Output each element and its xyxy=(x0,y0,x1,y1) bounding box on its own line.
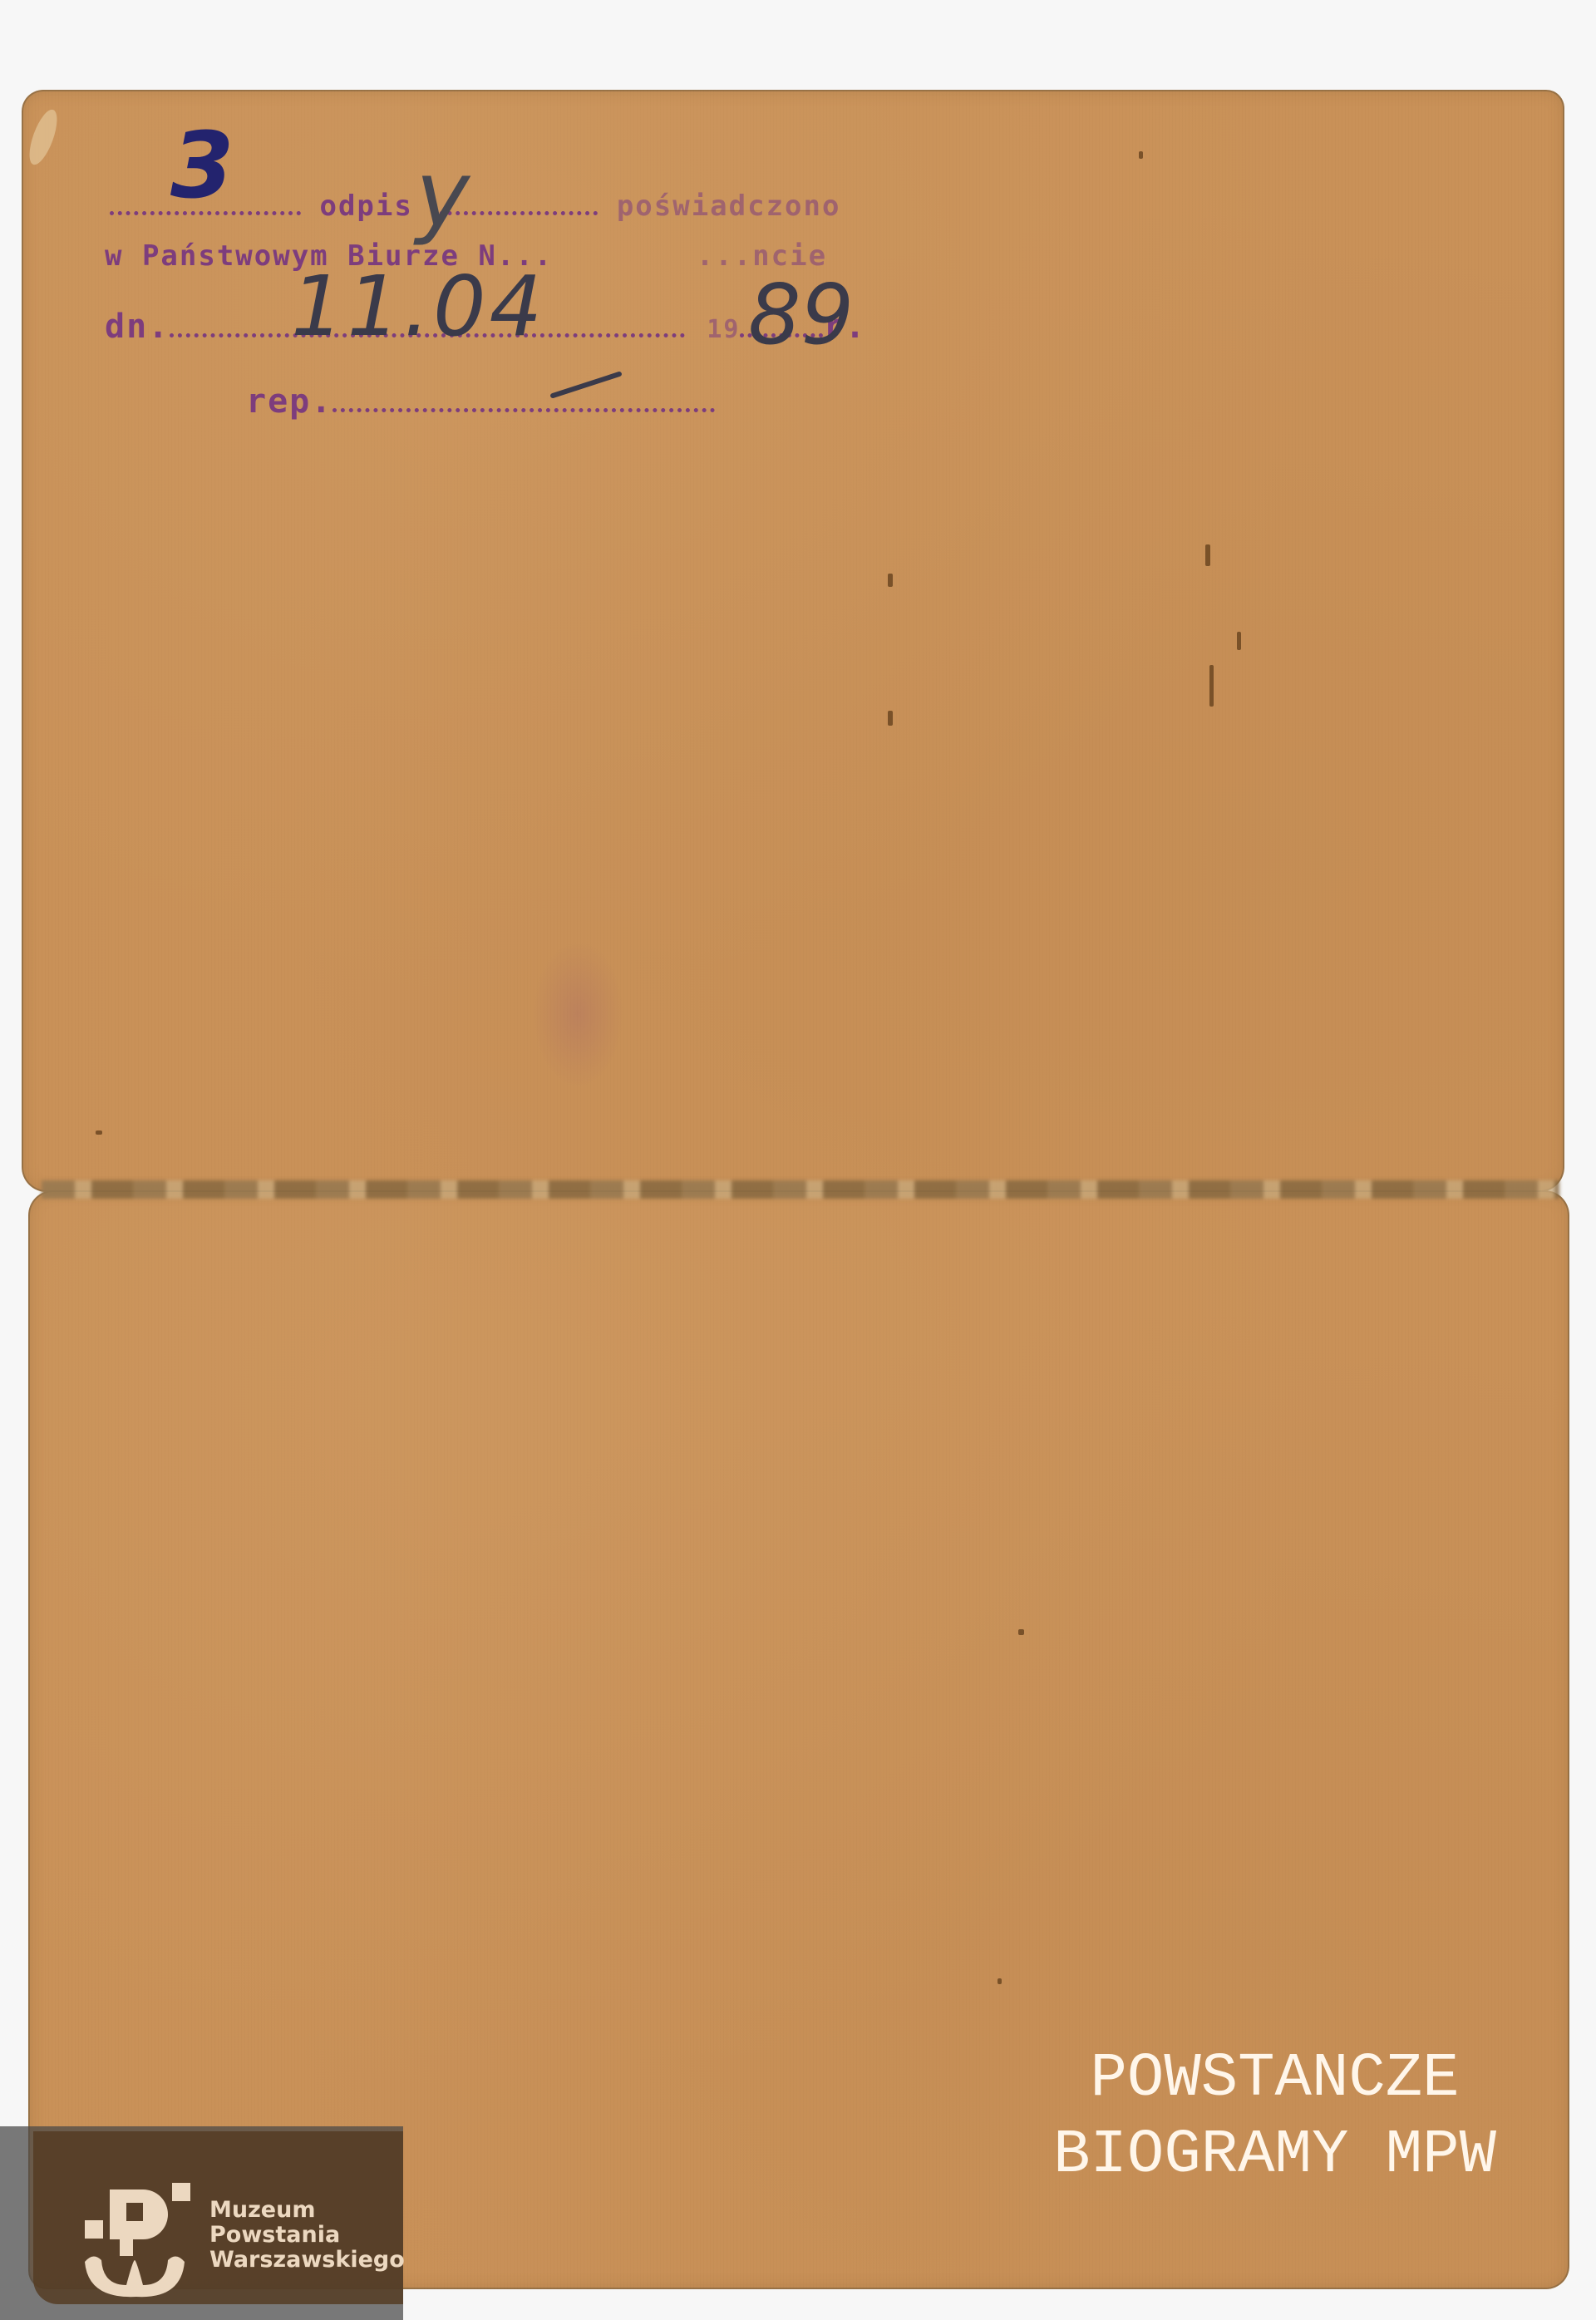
speck xyxy=(997,1978,1002,1984)
museum-logo-overlay: Muzeum Powstania Warszawskiego xyxy=(0,2126,403,2320)
speck xyxy=(1205,544,1210,566)
speck xyxy=(1139,151,1143,159)
handwritten-copy-number: 3 xyxy=(170,112,234,219)
blank-field xyxy=(332,403,715,412)
stamp-year-prefix: 19 xyxy=(707,315,740,344)
stamp-line-rep: rep. xyxy=(246,382,715,421)
stamp-label-rep: rep. xyxy=(246,382,332,421)
museum-name-line-1: Muzeum xyxy=(209,2198,405,2223)
watermark: POWSTANCZE BIOGRAMY MPW xyxy=(1053,2041,1496,2194)
watermark-line-2: BIOGRAMY MPW xyxy=(1053,2117,1496,2194)
speck xyxy=(888,711,893,726)
speck xyxy=(1209,665,1214,707)
speck xyxy=(888,574,893,587)
kotwica-anchor-icon xyxy=(85,2183,193,2299)
speck xyxy=(96,1130,102,1135)
fold-crease xyxy=(42,1180,1559,1199)
stamp-text-certified: poświadczono xyxy=(617,190,841,223)
stamp-label-date: dn. xyxy=(105,308,170,346)
museum-name-line-3: Warszawskiego xyxy=(209,2248,405,2273)
handwritten-year: 89 xyxy=(748,266,854,363)
museum-name-line-2: Powstania xyxy=(209,2223,405,2248)
handwritten-copy-mark: y xyxy=(416,141,470,248)
speck xyxy=(1237,632,1241,650)
museum-name: Muzeum Powstania Warszawskiego xyxy=(209,2198,405,2273)
speck xyxy=(1018,1629,1024,1635)
handwritten-date: 11.04 xyxy=(291,258,545,355)
logo-background: Muzeum Powstania Warszawskiego xyxy=(33,2131,403,2304)
watermark-line-1: POWSTANCZE xyxy=(1053,2041,1496,2117)
ink-smudge xyxy=(532,939,623,1089)
stamp-text-odpis: odpis xyxy=(319,190,412,223)
